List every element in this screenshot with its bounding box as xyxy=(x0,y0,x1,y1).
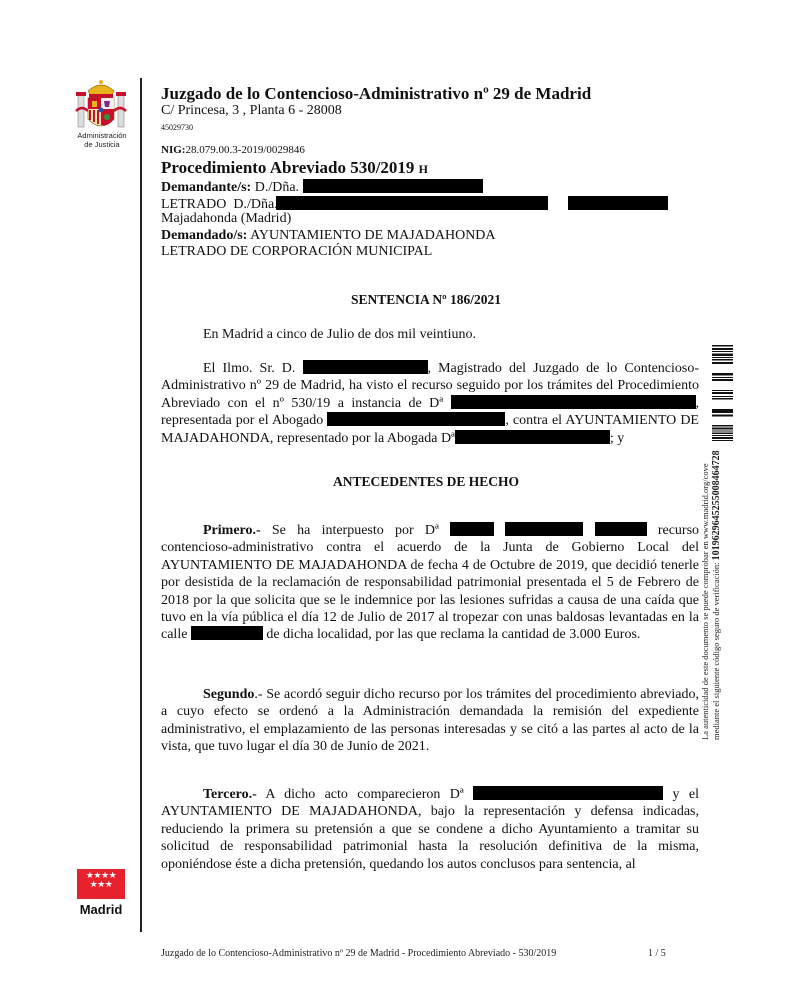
stars-icon: ★★★★★★★ xyxy=(77,872,125,890)
margin-rule xyxy=(140,78,142,932)
redaction xyxy=(505,522,583,536)
verification-line2: mediante el siguiente código seguro de v… xyxy=(711,563,721,741)
procedure-number: Procedimiento Abreviado 530/2019 xyxy=(161,158,414,177)
madrid-logo-label: Madrid xyxy=(70,902,132,917)
defendant-label: Demandado/s: xyxy=(161,228,247,243)
court-name: Juzgado de lo Contencioso-Administrativo… xyxy=(161,84,591,104)
redaction xyxy=(327,412,505,426)
verification-code: 1019629645255008464728 xyxy=(711,450,722,560)
redaction xyxy=(191,626,263,640)
nig-label: NIG: xyxy=(161,144,185,156)
tercero-label: Tercero.- xyxy=(203,787,257,802)
date-line: En Madrid a cinco de Julio de dos mil ve… xyxy=(203,327,476,342)
intro-paragraph: El Ilmo. Sr. D. , Magistrado del Juzgado… xyxy=(161,360,699,447)
sentence-title: SENTENCIA Nº 186/2021 xyxy=(161,292,691,308)
coat-of-arms-logo xyxy=(74,77,128,135)
defendant-line: Demandado/s: AYUNTAMIENTO DE MAJADAHONDA xyxy=(161,228,496,244)
redaction xyxy=(276,196,548,210)
redaction xyxy=(455,430,610,444)
redaction xyxy=(595,522,647,536)
date-paragraph: En Madrid a cinco de Julio de dos mil ve… xyxy=(161,326,699,343)
plaintiff-line: Demandante/s: D./Dña. xyxy=(161,179,483,196)
intro-text: El Ilmo. Sr. D. xyxy=(203,361,295,376)
lawyer-value: D./Dña. xyxy=(233,197,277,212)
plaintiff-label: Demandante/s: xyxy=(161,180,251,195)
procedure-suffix: H xyxy=(419,162,428,176)
nig-line: NIG:28.079.00.3-2019/0029846 xyxy=(161,144,305,156)
page-number: 1 / 5 xyxy=(648,948,666,959)
segundo-label: Segundo xyxy=(203,687,254,702)
madrid-flag-logo: ★★★★★★★ xyxy=(77,869,125,899)
defendant-value: AYUNTAMIENTO DE MAJADAHONDA xyxy=(250,228,495,243)
coa-label-line1: Administración xyxy=(68,131,136,140)
coa-label-line2: de Justicia xyxy=(68,140,136,149)
plaintiff-value: D./Dña. xyxy=(255,180,299,195)
section-title: ANTECEDENTES DE HECHO xyxy=(161,474,691,490)
segundo-paragraph: Segundo.- Se acordó seguir dicho recurso… xyxy=(161,686,699,756)
lawyer-label: LETRADO xyxy=(161,197,226,212)
procedure-title: Procedimiento Abreviado 530/2019 H xyxy=(161,158,428,178)
redaction xyxy=(568,196,668,210)
redaction xyxy=(303,179,483,193)
primero-text: de dicha localidad, por las que reclama … xyxy=(266,627,640,642)
primero-text: recurso contencioso-administrativo contr… xyxy=(161,523,699,642)
coat-of-arms-label: Administración de Justicia xyxy=(68,131,136,149)
redaction xyxy=(450,522,494,536)
redaction xyxy=(473,786,663,800)
primero-text: Se ha interpuesto por Dª xyxy=(272,523,439,538)
court-code: 45029730 xyxy=(161,123,193,132)
redaction xyxy=(303,360,428,374)
court-address: C/ Princesa, 3 , Planta 6 - 28008 xyxy=(161,103,342,119)
tercero-paragraph: Tercero.- A dicho acto comparecieron Dª … xyxy=(161,786,699,873)
location-line: Majadahonda (Madrid) xyxy=(161,211,291,227)
page-footer: Juzgado de lo Contencioso-Administrativo… xyxy=(161,948,556,959)
redaction xyxy=(451,395,696,409)
primero-paragraph: Primero.- Se ha interpuesto por Dª recur… xyxy=(161,522,699,644)
intro-text: ; y xyxy=(610,431,624,446)
primero-label: Primero.- xyxy=(203,523,261,538)
defendant-lawyer-line: LETRADO DE CORPORACIÓN MUNICIPAL xyxy=(161,244,432,260)
verification-line1: La autenticidad de este documento se pue… xyxy=(700,463,710,740)
tercero-text: A dicho acto comparecieron Dª xyxy=(265,787,463,802)
nig-value: 28.079.00.3-2019/0029846 xyxy=(185,144,304,156)
verification-notice: La autenticidad de este documento se pue… xyxy=(700,320,722,740)
